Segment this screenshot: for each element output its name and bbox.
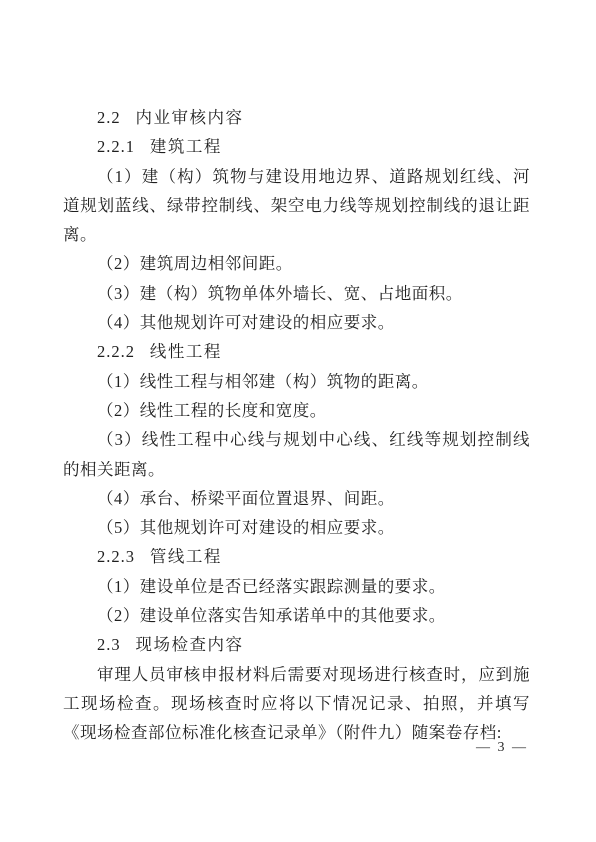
section-number: 2.2.2 <box>97 342 135 361</box>
section-title: 现场检查内容 <box>135 635 243 654</box>
section-title: 内业审核内容 <box>135 108 243 127</box>
section-title: 线性工程 <box>150 342 222 361</box>
list-item-linear-1: （1）线性工程与相邻建（构）筑物的距离。 <box>63 367 530 396</box>
list-item-linear-4: （4）承台、桥梁平面位置退界、间距。 <box>63 484 530 513</box>
section-number: 2.3 <box>97 635 121 654</box>
section-heading-2-2-1: 2.2.1建筑工程 <box>63 132 530 161</box>
document-content: 2.2内业审核内容 2.2.1建筑工程 （1）建（构）筑物与建设用地边界、道路规… <box>63 103 530 748</box>
list-item-linear-3: （3）线性工程中心线与规划中心线、红线等规划控制线的相关距离。 <box>63 425 530 484</box>
list-item-linear-5: （5）其他规划许可对建设的相应要求。 <box>63 513 530 542</box>
section-number: 2.2 <box>97 108 121 127</box>
list-item-linear-2: （2）线性工程的长度和宽度。 <box>63 396 530 425</box>
site-check-paragraph: 审理人员审核申报材料后需要对现场进行核查时，应到施工现场检查。现场核查时应将以下… <box>63 660 530 748</box>
list-item-pipeline-1: （1）建设单位是否已经落实跟踪测量的要求。 <box>63 572 530 601</box>
list-item-pipeline-2: （2）建设单位落实告知承诺单中的其他要求。 <box>63 601 530 630</box>
section-title: 建筑工程 <box>150 137 222 156</box>
list-item-building-4: （4）其他规划许可对建设的相应要求。 <box>63 308 530 337</box>
page-number: — 3 — <box>476 740 528 756</box>
list-item-building-3: （3）建（构）筑物单体外墙长、宽、占地面积。 <box>63 279 530 308</box>
section-number: 2.2.3 <box>97 547 135 566</box>
section-heading-2-2-3: 2.2.3管线工程 <box>63 542 530 571</box>
section-number: 2.2.1 <box>97 137 135 156</box>
section-heading-2-2-2: 2.2.2线性工程 <box>63 337 530 366</box>
section-heading-2-3: 2.3现场检查内容 <box>63 630 530 659</box>
list-item-building-1: （1）建（构）筑物与建设用地边界、道路规划红线、河道规划蓝线、绿带控制线、架空电… <box>63 162 530 250</box>
section-heading-2-2: 2.2内业审核内容 <box>63 103 530 132</box>
document-page: 2.2内业审核内容 2.2.1建筑工程 （1）建（构）筑物与建设用地边界、道路规… <box>0 0 596 842</box>
section-title: 管线工程 <box>150 547 222 566</box>
list-item-building-2: （2）建筑周边相邻间距。 <box>63 249 530 278</box>
